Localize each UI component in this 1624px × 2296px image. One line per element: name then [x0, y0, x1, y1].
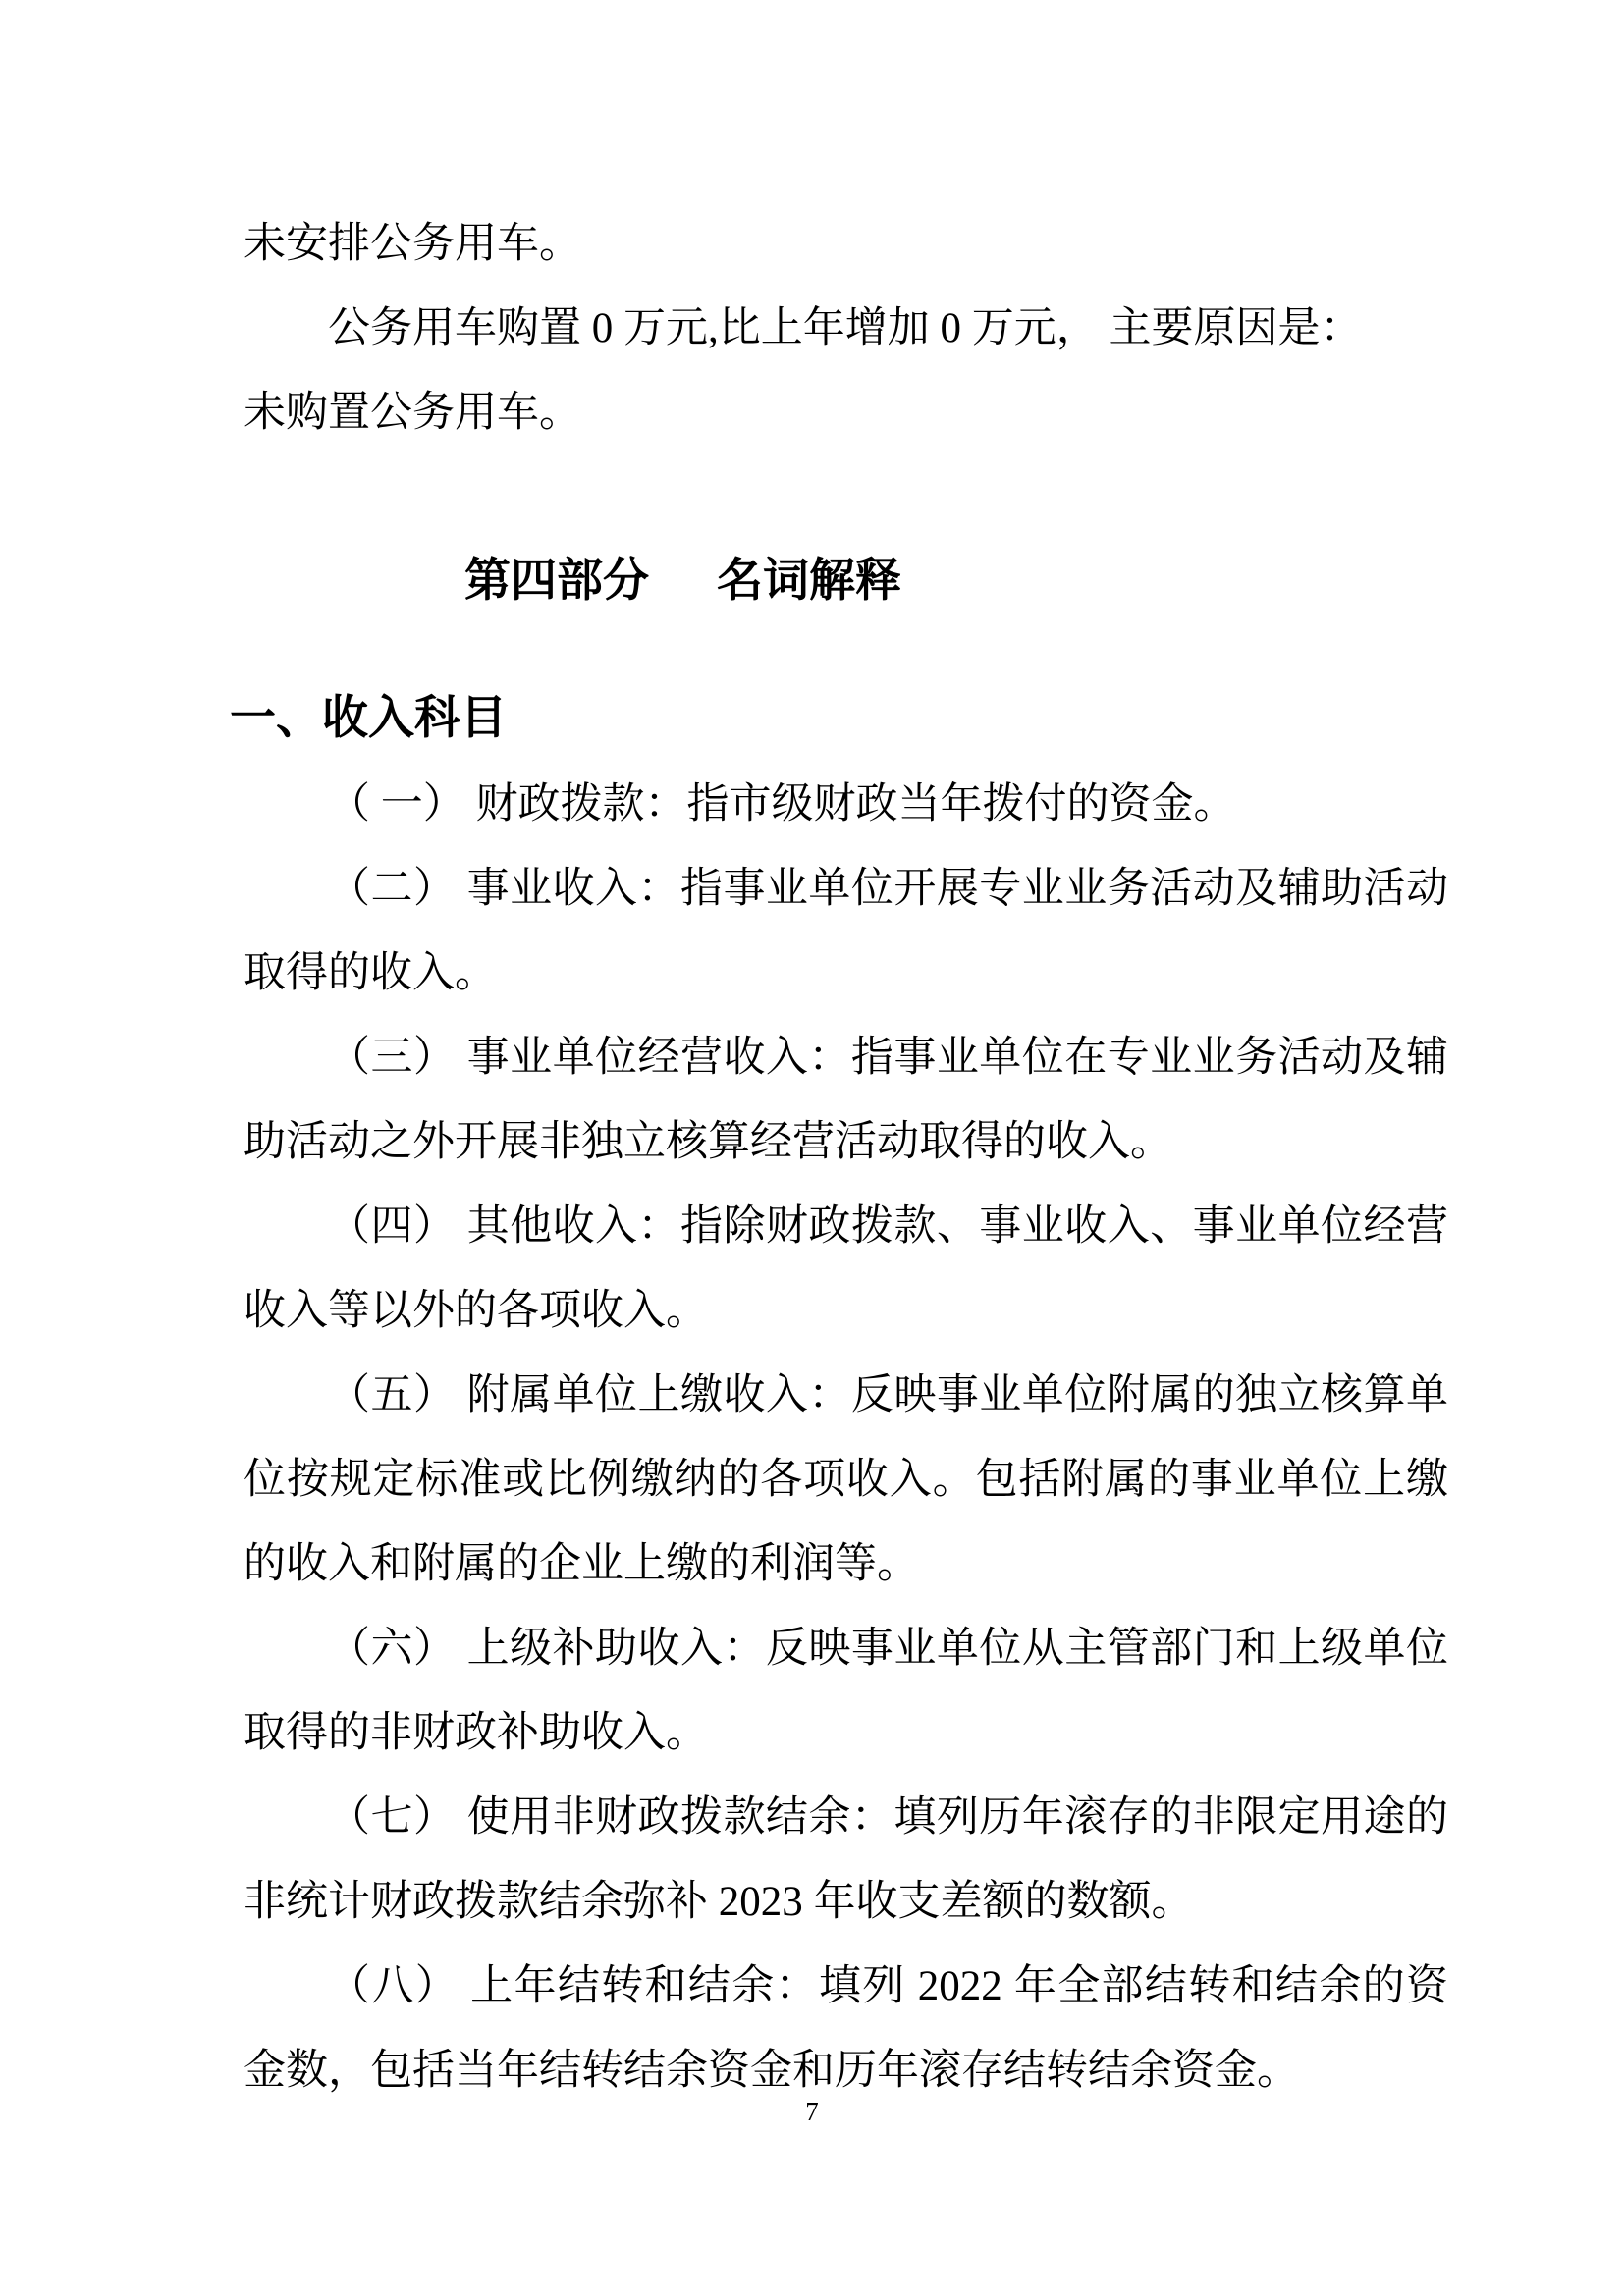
body-line: （二） 事业收入：指事业单位开展专业业务活动及辅助活动 — [244, 847, 1448, 932]
body-line: （ 一） 财政拨款：指市级财政当年拨付的资金。 — [244, 763, 1448, 847]
body-line: 未安排公务用车。 — [244, 202, 1448, 287]
part-heading: 第四部分名词解释 — [244, 538, 1448, 622]
body-line: 收入等以外的各项收入。 — [244, 1269, 1448, 1354]
document-page: 未安排公务用车。 公务用车购置 0 万元,比上年增加 0 万元， 主要原因是： … — [0, 0, 1624, 2296]
body-line: 位按规定标准或比例缴纳的各项收入。包括附属的事业单位上缴 — [244, 1438, 1448, 1522]
body-line: （七） 使用非财政拨款结余：填列历年滚存的非限定用途的 — [244, 1776, 1448, 1860]
body-line: 非统计财政拨款结余弥补 2023 年收支差额的数额。 — [244, 1860, 1448, 1945]
page-number: 7 — [0, 2097, 1624, 2127]
document-content: 未安排公务用车。 公务用车购置 0 万元,比上年增加 0 万元， 主要原因是： … — [244, 202, 1448, 2113]
part-heading-title: 名词解释 — [717, 554, 901, 606]
body-line: （八） 上年结转和结余：填列 2022 年全部结转和结余的资 — [244, 1945, 1448, 2029]
body-line: （三） 事业单位经营收入：指事业单位在专业业务活动及辅 — [244, 1016, 1448, 1100]
part-heading-number: 第四部分 — [464, 554, 649, 606]
body-line: 取得的非财政补助收入。 — [244, 1691, 1448, 1776]
body-line: 公务用车购置 0 万元,比上年增加 0 万元， 主要原因是： — [244, 287, 1448, 371]
body-line: 取得的收入。 — [244, 932, 1448, 1016]
section-title: 一、收入科目 — [230, 675, 1448, 760]
body-line: 助活动之外开展非独立核算经营活动取得的收入。 — [244, 1100, 1448, 1185]
body-line: （五） 附属单位上缴收入：反映事业单位附属的独立核算单 — [244, 1354, 1448, 1438]
body-line: （六） 上级补助收入：反映事业单位从主管部门和上级单位 — [244, 1607, 1448, 1691]
glossary-section: （ 一） 财政拨款：指市级财政当年拨付的资金。 （二） 事业收入：指事业单位开展… — [244, 763, 1448, 2113]
body-line: （四） 其他收入：指除财政拨款、事业收入、事业单位经营 — [244, 1185, 1448, 1269]
body-line: 的收入和附属的企业上缴的利润等。 — [244, 1522, 1448, 1607]
body-line: 未购置公务用车。 — [244, 371, 1448, 455]
